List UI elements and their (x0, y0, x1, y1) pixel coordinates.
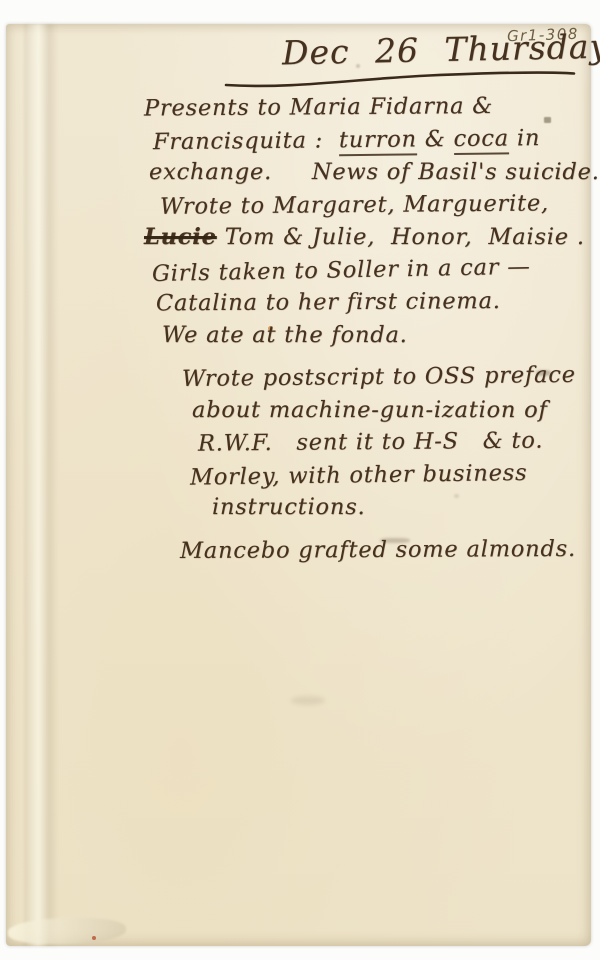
entry-line: Francisquita : turron & coca in (153, 124, 564, 161)
entry-line: about machine-gun-ization of (192, 397, 564, 430)
date-underline (224, 66, 580, 92)
entry-line: Presents to Maria Fidarna & (144, 93, 564, 128)
entry-line: We ate at the fonda. (162, 322, 564, 355)
underlined-word: coca (453, 125, 509, 155)
entry-line: Mancebo grafted some almonds. (180, 535, 564, 570)
entry-text: & (417, 126, 454, 152)
entry-text: in (509, 125, 541, 151)
entry-line: Girls taken to Soller in a car — (152, 253, 565, 293)
entry-line: exchange. News of Basil's suicide. (149, 159, 564, 192)
struck-out-word: Lucie (144, 224, 217, 250)
entry-text: Tom & Julie, Honor, Maisie . (217, 224, 585, 250)
underlined-word: turron (339, 126, 417, 156)
entry-body: Presents to Maria Fidarna & Francisquita… (144, 94, 564, 569)
paper-crease (24, 24, 58, 946)
entry-line: instructions. (212, 494, 564, 527)
entry-text: Francisquita : (153, 127, 339, 155)
scanned-page-background: Gr1-308 Dec 26 Thursday Presents to Mari… (0, 0, 600, 960)
paper-smudge (291, 696, 325, 705)
entry-line: Wrote to Margaret, Marguerite, (160, 190, 564, 226)
entry-line: Lucie Tom & Julie, Honor, Maisie . (144, 224, 564, 257)
entry-line: Morley, with other business (190, 459, 564, 497)
entry-line: Catalina to her first cinema. (156, 288, 564, 323)
diary-page: Gr1-308 Dec 26 Thursday Presents to Mari… (6, 24, 591, 946)
entry-line: R.W.F. sent it to H-S & to. (198, 427, 564, 463)
entry-line: Wrote postscript to OSS preface (182, 362, 564, 398)
